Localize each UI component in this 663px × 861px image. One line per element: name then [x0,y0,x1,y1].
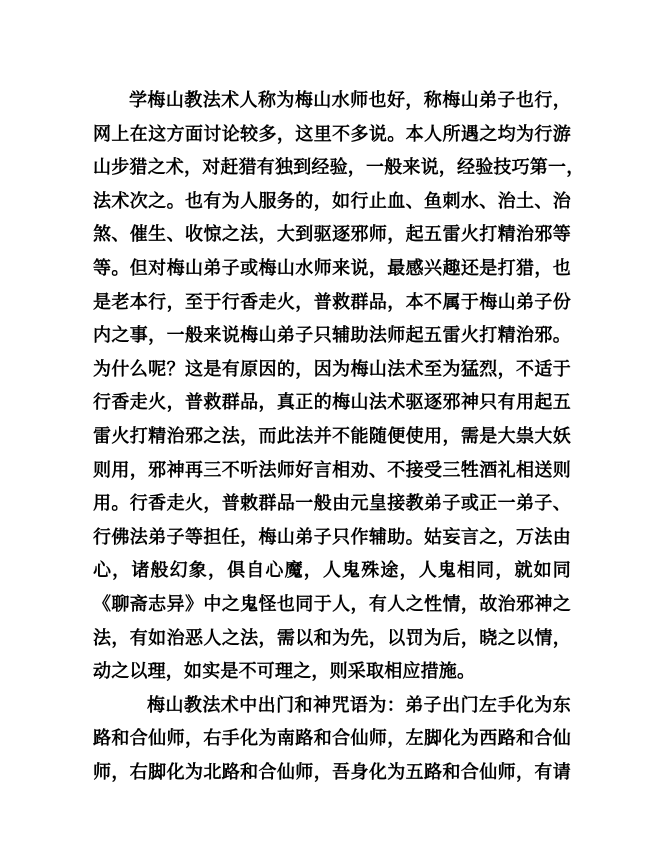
text-line: 内之事，一般来说梅山弟子只辅助法师起五雷火打精治邪。 [93,319,571,353]
text-line: 网上在这方面讨论较多，这里不多说。本人所遇之均为行游 [93,118,571,152]
paragraph-2: 梅山教法术中出门和神咒语为：弟子出门左手化为东 路和合仙师，右手化为南路和合仙师… [93,689,571,790]
text-line: 雷火打精治邪之法，而此法并不能随便使用，需是大祟大妖 [93,420,571,454]
text-line: 学梅山教法术人称为梅山水师也好，称梅山弟子也行， [93,84,571,118]
text-line: 山步猎之术，对赶猎有独到经验，一般来说，经验技巧第一， [93,151,571,185]
text-line: 法，有如治恶人之法，需以和为先，以罚为后，晓之以情， [93,622,571,656]
text-line: 行香走火，普救群品，真正的梅山法术驱逐邪神只有用起五 [93,386,571,420]
text-line: 路和合仙师，右手化为南路和合仙师，左脚化为西路和合仙 [93,722,571,756]
paragraph-1: 学梅山教法术人称为梅山水师也好，称梅山弟子也行， 网上在这方面讨论较多，这里不多… [93,84,571,689]
text-line: 动之以理，如实是不可理之，则采取相应措施。 [93,655,571,689]
text-line: 煞、催生、收惊之法，大到驱逐邪师，起五雷火打精治邪等 [93,218,571,252]
text-line: 用。行香走火，普敕群品一般由元皇接教弟子或正一弟子、 [93,487,571,521]
text-line: 法术次之。也有为人服务的，如行止血、鱼刺水、治土、治 [93,185,571,219]
document-page: 学梅山教法术人称为梅山水师也好，称梅山弟子也行， 网上在这方面讨论较多，这里不多… [0,0,663,861]
text-line: 《聊斋志异》中之鬼怪也同于人，有人之性情，故治邪神之 [93,588,571,622]
text-line: 为什么呢？这是有原因的，因为梅山法术至为猛烈，不适于 [93,353,571,387]
text-line: 行佛法弟子等担任，梅山弟子只作辅助。姑妄言之，万法由 [93,521,571,555]
text-line: 梅山教法术中出门和神咒语为：弟子出门左手化为东 [93,689,571,723]
text-line: 心，诸般幻象，俱自心魔，人鬼殊途，人鬼相同，就如同 [93,554,571,588]
text-line: 是老本行，至于行香走火，普救群品，本不属于梅山弟子份 [93,286,571,320]
text-line: 师，右脚化为北路和合仙师，吾身化为五路和合仙师，有请 [93,756,571,790]
text-block: 学梅山教法术人称为梅山水师也好，称梅山弟子也行， 网上在这方面讨论较多，这里不多… [93,84,571,789]
text-line: 等。但对梅山弟子或梅山水师来说，最感兴趣还是打猎，也 [93,252,571,286]
text-line: 则用，邪神再三不听法师好言相劝、不接受三牲酒礼相送则 [93,454,571,488]
